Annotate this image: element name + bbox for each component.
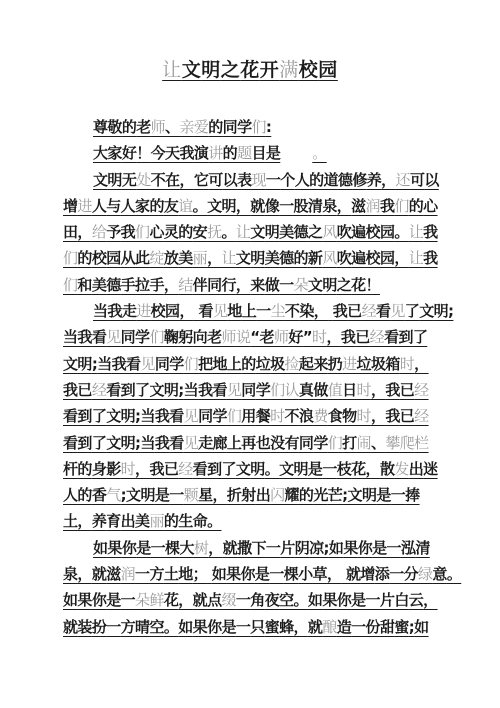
- underlined-text: 让文明之花开满校园: [162, 59, 338, 81]
- underlined-text: 文明无处不在，它可以表现一个人的道德修养，还可以: [93, 171, 439, 189]
- text-line: 当我看见同学们鞠躬向老师说“老师好”时，我已经看到了: [63, 324, 445, 350]
- text-line: 人的香气;文明是一颗星，折射出闪耀的光芒;文明是一捧: [63, 482, 445, 508]
- text-line: 杆的身影时，我已经看到了文明。文明是一枝花，散发出迷: [63, 456, 445, 482]
- underlined-text: 土，养育出美丽的生命。: [63, 512, 221, 530]
- underlined-text: 就装扮一方晴空。如果你是一只蜜蜂，就酿造一份甜蜜;如: [63, 618, 429, 636]
- underlined-text: 大家好！今天我演讲的题目是。: [93, 144, 327, 162]
- underlined-text: 们和美德手拉手，结伴同行，来做一朵文明之花！: [63, 276, 380, 294]
- underlined-text: 如果你是一朵鲜花，就点缀一角夜空。如果你是一片白云，: [63, 591, 438, 609]
- underlined-text: 我已经看到了文明;当我看见同学们认真做值日时，我已经: [63, 381, 429, 399]
- underlined-text: 田，给予我们心灵的安抚。让文明美德之风吹遍校园。让我: [63, 223, 438, 241]
- underlined-text: 泉，就滋润一方土地； 如果你是一棵小草， 就增添一分绿意。: [63, 565, 461, 583]
- text-line: 看到了文明;当我看见走廊上再也没有同学们打闹、攀爬栏: [63, 430, 445, 456]
- underlined-text: 看到了文明;当我看见同学们用餐时不浪费食物时，我已经: [63, 407, 429, 425]
- underlined-text: 们的校园从此绽放美丽，让文明美德的新风吹遍校园，让我: [63, 249, 438, 267]
- text-line: 我已经看到了文明;当我看见同学们认真做值日时，我已经: [63, 377, 445, 403]
- text-line: 如果你是一朵鲜花，就点缀一角夜空。如果你是一片白云，: [63, 587, 445, 613]
- blank-space: [280, 157, 312, 158]
- underlined-text: 杆的身影时，我已经看到了文明。文明是一枝花，散发出迷: [63, 460, 438, 478]
- text-line: 增进人与人家的友谊。文明，就像一股清泉，滋润我们的心: [63, 193, 445, 219]
- underlined-text: 文明;当我看见同学们把地上的垃圾捡起来扔进垃圾箱时，: [63, 355, 429, 373]
- underlined-text: 如果你是一棵大树，就撒下一片阴凉;如果你是一泓清: [93, 539, 430, 557]
- document-body: 让文明之花开满校园 尊敬的老师、亲爱的同学们:大家好！今天我演讲的题目是。文明无…: [0, 0, 500, 640]
- underlined-text: 当我走进校园， 看见地上一尘不染， 我已经看见了文明;: [93, 302, 453, 320]
- underlined-text: 看到了文明;当我看见走廊上再也没有同学们打闹、攀爬栏: [63, 434, 429, 452]
- text-line: 大家好！今天我演讲的题目是。: [63, 140, 445, 166]
- text-block: 尊敬的老师、亲爱的同学们:大家好！今天我演讲的题目是。文明无处不在，它可以表现一…: [63, 114, 445, 640]
- underlined-text: 增进人与人家的友谊。文明，就像一股清泉，滋润我们的心: [63, 197, 438, 215]
- text-line: 土，养育出美丽的生命。: [63, 508, 445, 534]
- underlined-text: 尊敬的老师、亲爱的同学们:: [93, 118, 271, 136]
- text-line: 文明无处不在，它可以表现一个人的道德修养，还可以: [63, 167, 445, 193]
- text-line: 如果你是一棵大树，就撒下一片阴凉;如果你是一泓清: [63, 535, 445, 561]
- text-line: 就装扮一方晴空。如果你是一只蜜蜂，就酿造一份甜蜜;如: [63, 614, 445, 640]
- document-title: 让文明之花开满校园: [0, 56, 500, 84]
- underlined-text: 人的香气;文明是一颗星，折射出闪耀的光芒;文明是一捧: [63, 486, 420, 504]
- underlined-text: 当我看见同学们鞠躬向老师说“老师好”时，我已经看到了: [63, 328, 427, 346]
- text-line: 们的校园从此绽放美丽，让文明美德的新风吹遍校园，让我: [63, 245, 445, 271]
- document-page: { "colors": { "background": "#ffffff", "…: [0, 0, 500, 708]
- text-line: 文明;当我看见同学们把地上的垃圾捡起来扔进垃圾箱时，: [63, 351, 445, 377]
- text-line: 当我走进校园， 看见地上一尘不染， 我已经看见了文明;: [63, 298, 445, 324]
- text-line: 看到了文明;当我看见同学们用餐时不浪费食物时，我已经: [63, 403, 445, 429]
- text-line: 们和美德手拉手，结伴同行，来做一朵文明之花！: [63, 272, 445, 298]
- text-line: 尊敬的老师、亲爱的同学们:: [63, 114, 445, 140]
- text-line: 泉，就滋润一方土地； 如果你是一棵小草， 就增添一分绿意。: [63, 561, 445, 587]
- text-line: 田，给予我们心灵的安抚。让文明美德之风吹遍校园。让我: [63, 219, 445, 245]
